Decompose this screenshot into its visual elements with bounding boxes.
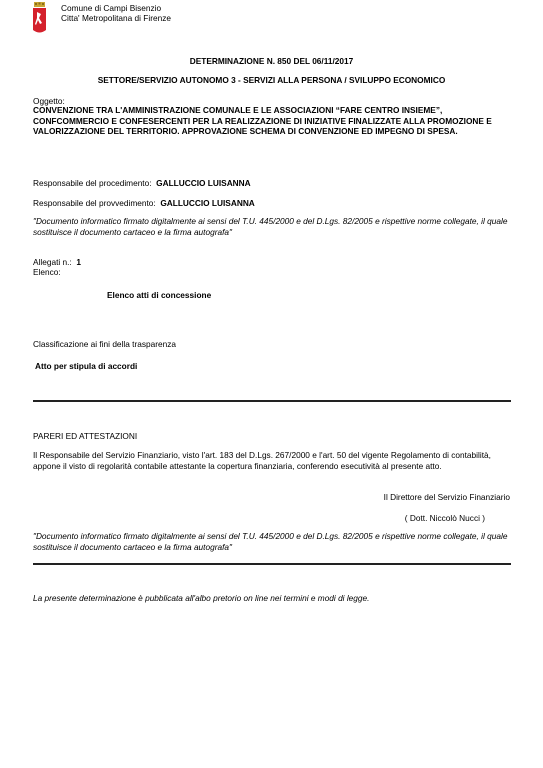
responsabile-procedimento-label: Responsabile del procedimento: <box>33 178 152 188</box>
document-title: DETERMINAZIONE N. 850 DEL 06/11/2017 <box>0 56 543 66</box>
metro-city-name: Citta' Metropolitana di Firenze <box>61 13 171 23</box>
allegati-number: 1 <box>76 257 81 267</box>
responsabile-provvedimento: Responsabile del provvedimento: GALLUCCI… <box>33 198 255 208</box>
oggetto-text: CONVENZIONE TRA L'AMMINISTRAZIONE COMUNA… <box>33 105 513 137</box>
pareri-heading: PARERI ED ATTESTAZIONI <box>33 431 137 441</box>
pareri-text: Il Responsabile del Servizio Finanziario… <box>33 450 511 472</box>
section-divider <box>33 400 511 402</box>
allegati-label: Allegati n.: <box>33 257 72 267</box>
signer-name: ( Dott. Niccolò Nucci ) <box>405 513 485 523</box>
section-divider-2 <box>33 563 511 565</box>
municipality-name: Comune di Campi Bisenzio <box>61 3 171 13</box>
publication-note: La presente determinazione è pubblicata … <box>33 593 369 603</box>
responsabile-provvedimento-label: Responsabile del provvedimento: <box>33 198 156 208</box>
allegati-count: Allegati n.: 1 <box>33 257 81 267</box>
responsabile-procedimento: Responsabile del procedimento: GALLUCCIO… <box>33 178 251 188</box>
letterhead: Comune di Campi Bisenzio Citta' Metropol… <box>61 3 171 23</box>
signer-role: Il Direttore del Servizio Finanziario <box>384 492 510 502</box>
classificazione-value: Atto per stipula di accordi <box>35 361 137 371</box>
responsabile-procedimento-name: GALLUCCIO LUISANNA <box>156 178 251 188</box>
digital-signature-note-2: "Documento informatico firmato digitalme… <box>33 531 513 553</box>
classificazione-label: Classificazione ai fini della trasparenz… <box>33 339 176 349</box>
attachment-item[interactable]: Elenco atti di concessione <box>107 290 211 300</box>
elenco-label: Elenco: <box>33 267 61 277</box>
sector-title: SETTORE/SERVIZIO AUTONOMO 3 - SERVIZI AL… <box>0 75 543 85</box>
municipality-crest-logo <box>33 2 46 35</box>
digital-signature-note: "Documento informatico firmato digitalme… <box>33 216 513 238</box>
responsabile-provvedimento-name: GALLUCCIO LUISANNA <box>160 198 255 208</box>
crest-icon <box>33 2 46 35</box>
